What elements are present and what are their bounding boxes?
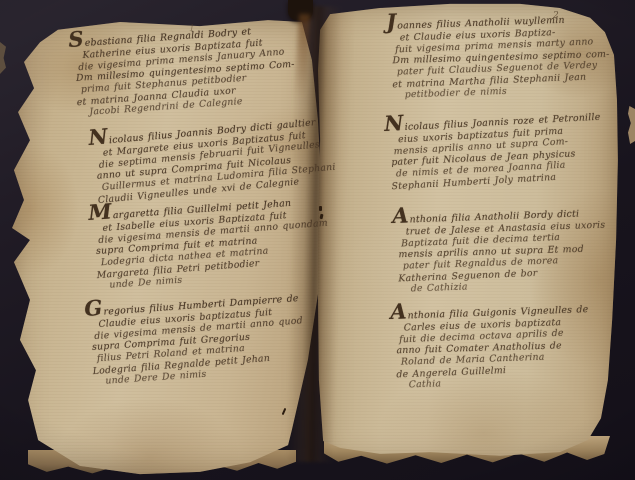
baptism-record: Gregorius filius Humberti Dampierre de C… bbox=[84, 286, 329, 388]
manuscript-photo: 1 2 Sebastiana filia Regnaldi Bodry et K… bbox=[0, 0, 635, 480]
baptism-record: Margaretta filia Guillelmi petit Jehan e… bbox=[88, 191, 329, 293]
baptism-record: Anthonia filia Anatholii Bordy dicti tru… bbox=[392, 202, 625, 295]
baptism-record: Nicolaus filius Joannis roze et Petronil… bbox=[384, 106, 624, 192]
baptism-record: Anthonia filia Guigonis Vigneulles de Ca… bbox=[390, 298, 621, 391]
baptism-record: Sebastiana filia Regnaldi Bodry et Kathe… bbox=[68, 16, 325, 119]
baptism-record: Joannes filius Anatholii wuyllemin et Cl… bbox=[386, 8, 621, 102]
paper-fragment-left bbox=[0, 42, 6, 74]
paper-fragment-right bbox=[628, 106, 635, 144]
